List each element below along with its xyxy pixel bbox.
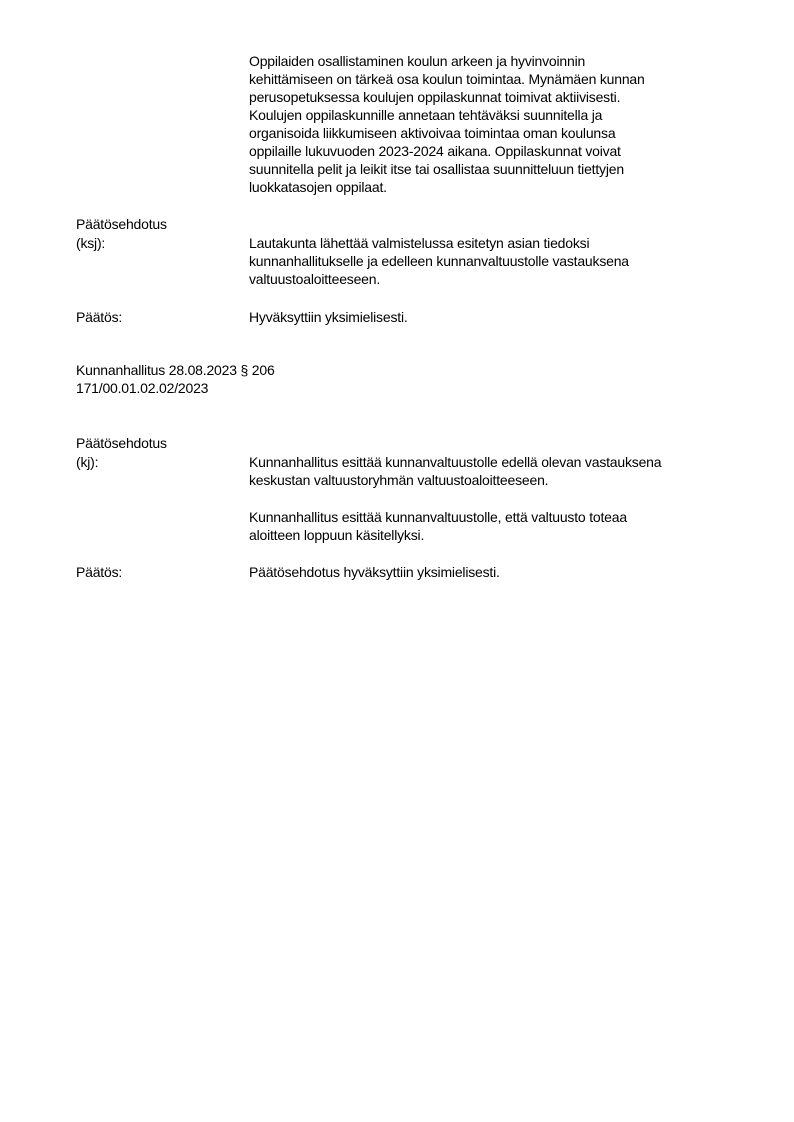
proposal-line: Kunnanhallitus esittää kunnanvaltuustoll… (249, 508, 627, 526)
case-reference: 171/00.01.02.02/2023 (76, 379, 208, 397)
intro-line: kehittämiseen on tärkeä osa koulun toimi… (249, 70, 645, 88)
intro-line: organisoida liikkumiseen aktivoivaa toim… (249, 124, 615, 142)
proposal-label: Päätösehdotus (76, 434, 167, 452)
intro-line: luokkatasojen oppilaat. (249, 178, 387, 196)
intro-line: Oppilaiden osallistaminen koulun arkeen … (249, 52, 585, 70)
decision-label: Päätös: (76, 563, 122, 581)
proposal-label-role: (ksj): (76, 234, 105, 252)
intro-line: perusopetuksessa koulujen oppilaskunnat … (249, 88, 620, 106)
decision-label: Päätös: (76, 308, 122, 326)
proposal-label: Päätösehdotus (76, 215, 167, 233)
meeting-title: Kunnanhallitus 28.08.2023 § 206 (76, 361, 275, 379)
proposal-line: aloitteen loppuun käsitellyksi. (249, 526, 424, 544)
intro-line: Koulujen oppilaskunnille annetaan tehtäv… (249, 106, 602, 124)
proposal-line: Lautakunta lähettää valmistelussa esitet… (249, 234, 589, 252)
proposal-line: valtuustoaloitteeseen. (249, 270, 380, 288)
proposal-line: keskustan valtuustoryhmän valtuustoaloit… (249, 471, 548, 489)
decision-text: Hyväksyttiin yksimielisesti. (249, 308, 408, 326)
proposal-label-role: (kj): (76, 453, 98, 471)
decision-text: Päätösehdotus hyväksyttiin yksimielisest… (249, 563, 500, 581)
proposal-line: Kunnanhallitus esittää kunnanvaltuustoll… (249, 453, 661, 471)
intro-line: suunnitella pelit ja leikit itse tai osa… (249, 160, 624, 178)
proposal-line: kunnanhallitukselle ja edelleen kunnanva… (249, 252, 629, 270)
intro-line: oppilaille lukuvuoden 2023-2024 aikana. … (249, 142, 621, 160)
